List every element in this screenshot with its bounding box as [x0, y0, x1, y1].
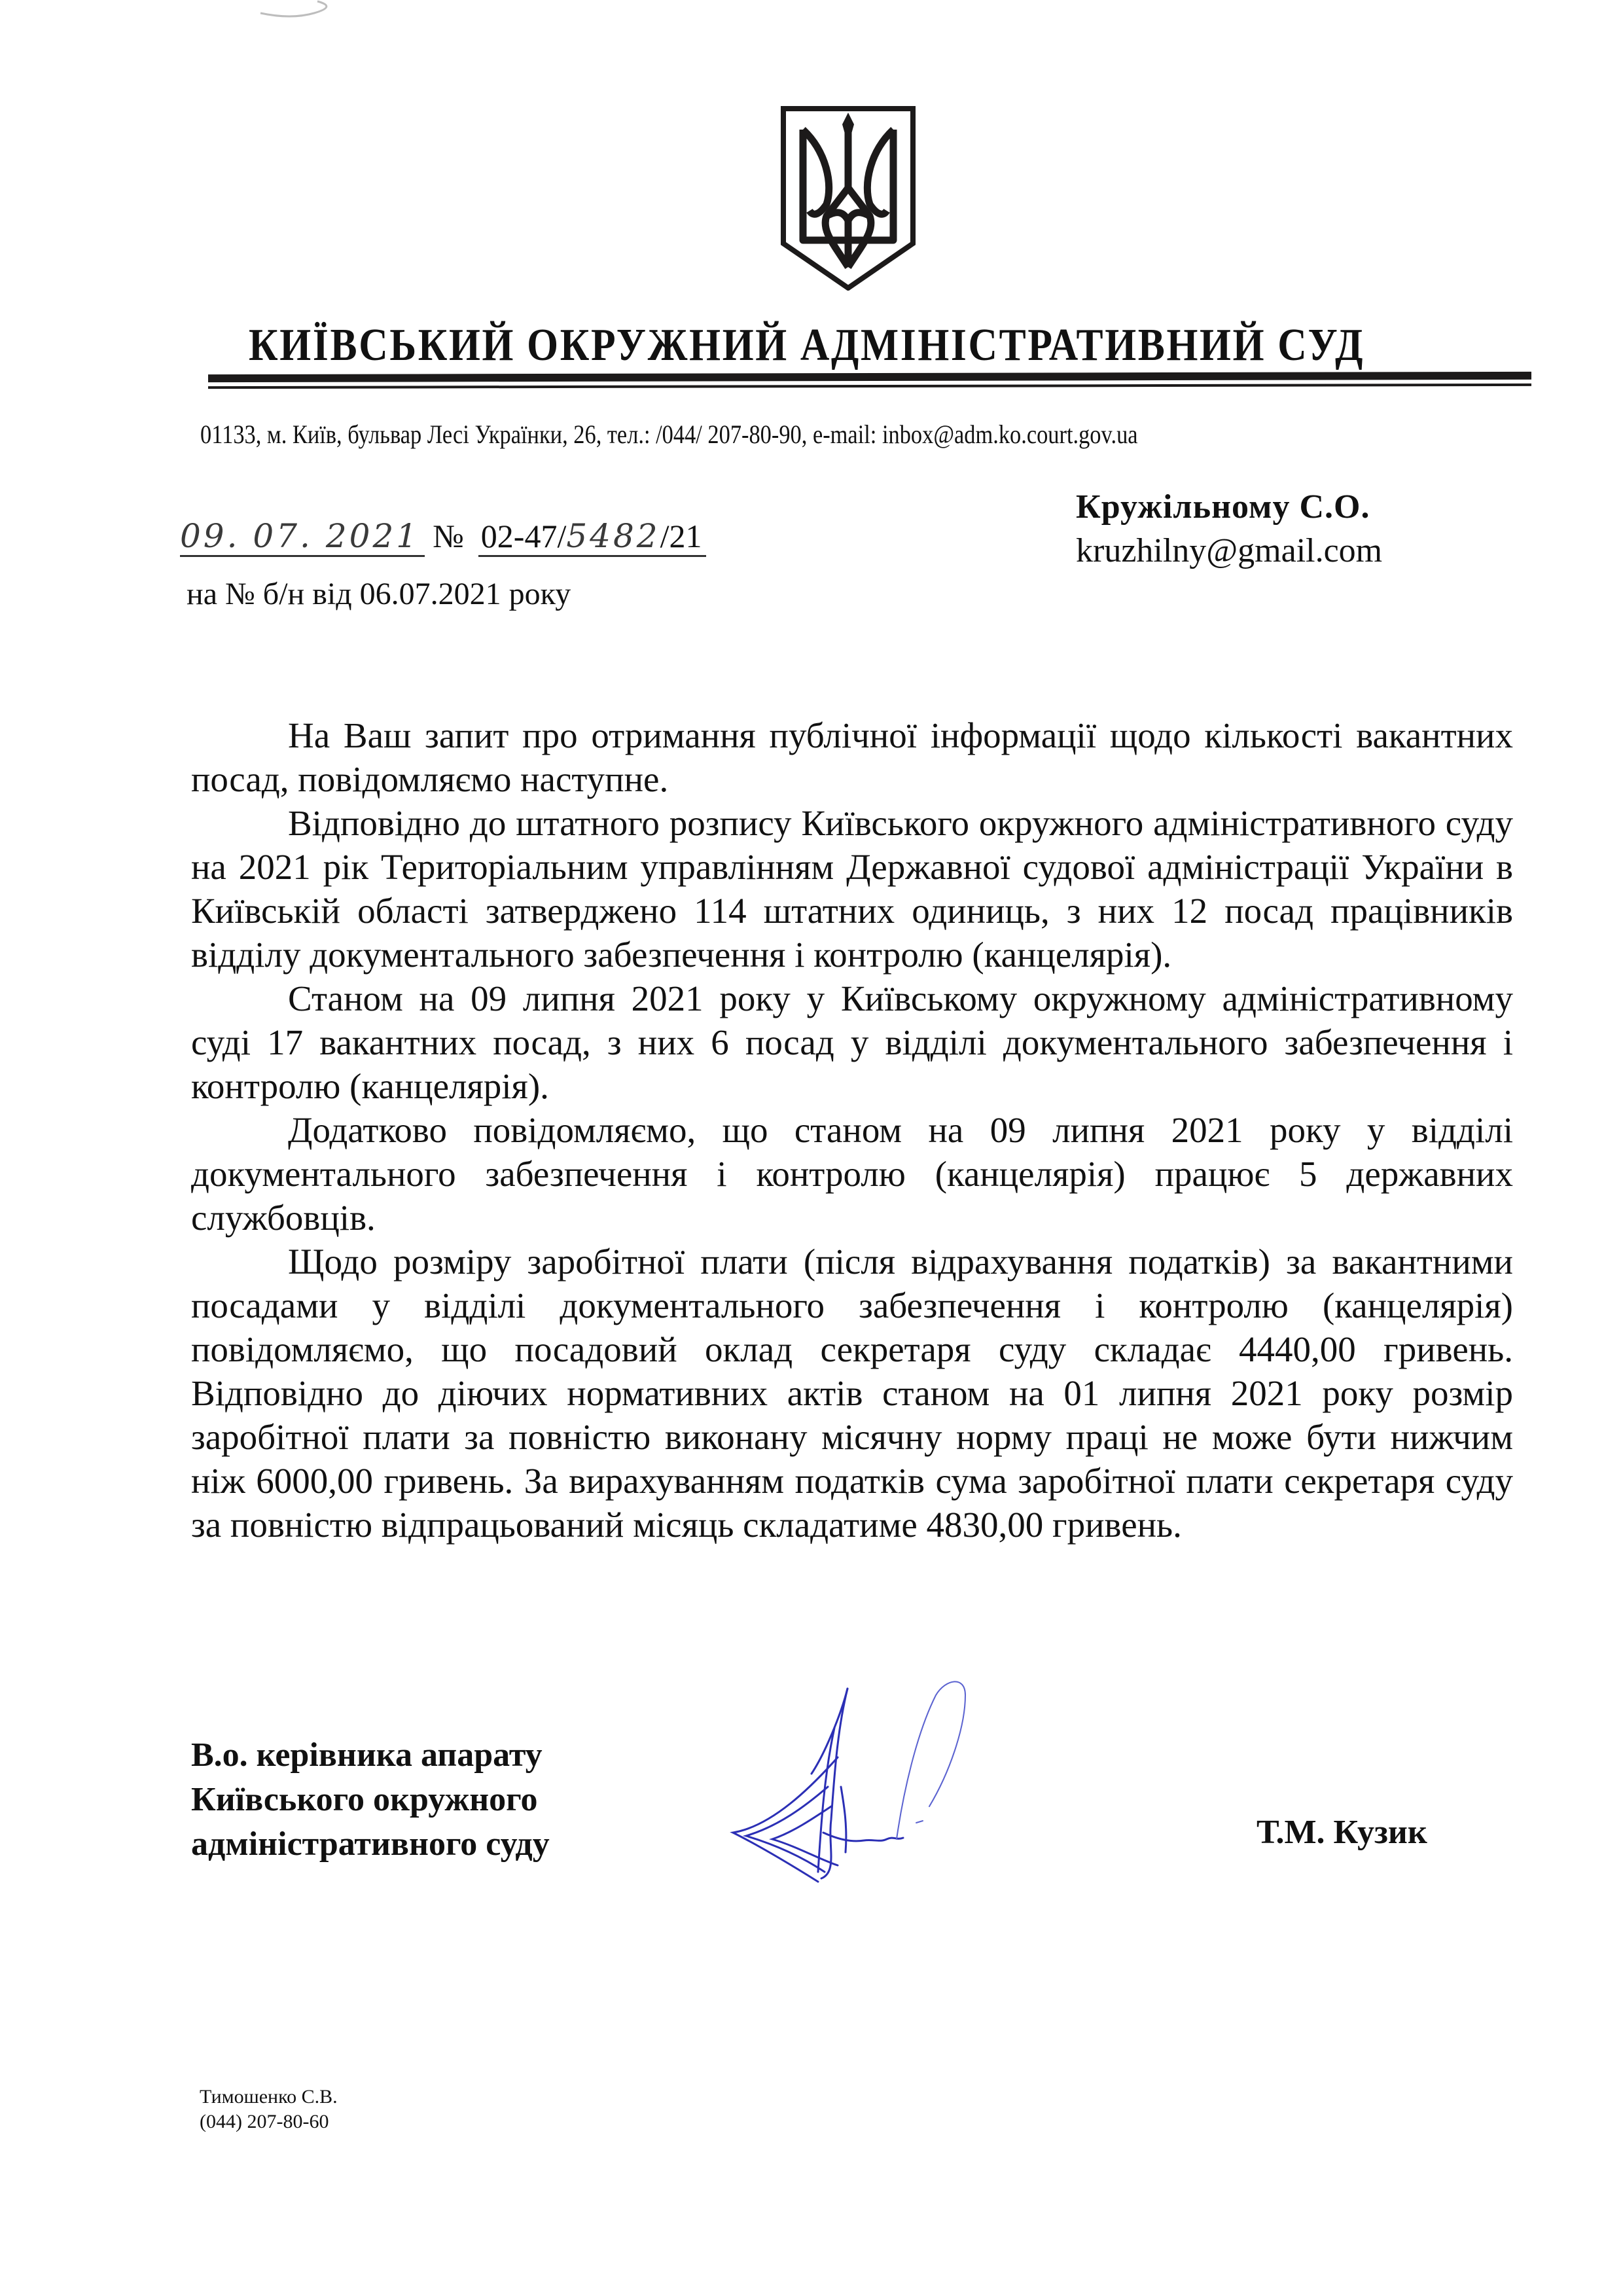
- outgoing-number-suffix: /21: [660, 518, 702, 554]
- court-name-heading: КИЇВСЬКИЙ ОКРУЖНИЙ АДМІНІСТРАТИВНИЙ СУД: [249, 319, 1308, 372]
- body-paragraph: Станом на 09 липня 2021 року у Київськом…: [191, 977, 1513, 1108]
- executor-phone: (044) 207-80-60: [200, 2109, 338, 2134]
- letterhead-divider-thick: [208, 372, 1531, 382]
- position-line: адміністративного суду: [191, 1822, 550, 1867]
- body-paragraph: Відповідно до штатного розпису Київськог…: [191, 801, 1513, 977]
- recipient-email: kruzhilny@gmail.com: [1076, 531, 1382, 570]
- trident-coat-of-arms-icon: [781, 106, 916, 291]
- scan-artifact-mark: [259, 0, 429, 20]
- number-sign: №: [433, 517, 464, 555]
- registration-line: 09. 07. 2021 № 02-47/5482/21: [180, 517, 706, 557]
- body-paragraph: Додатково повідомляємо, що станом на 09 …: [191, 1108, 1513, 1240]
- position-line: Київського окружного: [191, 1778, 550, 1822]
- recipient-name: Кружільному С.О.: [1076, 488, 1382, 526]
- handwritten-signature-icon: [707, 1676, 982, 1892]
- outgoing-number: 02-47/5482/21: [478, 517, 706, 557]
- outgoing-number-prefix: 02-47/: [481, 518, 567, 554]
- outgoing-date-handwritten: 09. 07. 2021: [180, 517, 425, 557]
- position-line: В.о. керівника апарату: [191, 1733, 550, 1778]
- outgoing-number-handwritten: 5482: [566, 517, 660, 555]
- court-address: 01133, м. Київ, бульвар Лесі Українки, 2…: [200, 419, 1138, 450]
- executor-name: Тимошенко С.В.: [200, 2085, 338, 2109]
- body-paragraph: Щодо розміру заробітної плати (після від…: [191, 1240, 1513, 1547]
- signer-name: Т.М. Кузик: [1257, 1813, 1427, 1852]
- reply-reference: на № б/н від 06.07.2021 року: [187, 576, 571, 612]
- executor-block: Тимошенко С.В. (044) 207-80-60: [200, 2085, 338, 2134]
- letterhead-divider-thin: [208, 384, 1531, 389]
- recipient-block: Кружільному С.О. kruzhilny@gmail.com: [1076, 488, 1382, 570]
- letter-body: На Ваш запит про отримання публічної інф…: [191, 713, 1513, 1547]
- body-paragraph: На Ваш запит про отримання публічної інф…: [191, 713, 1513, 801]
- signatory-position: В.о. керівника апарату Київського окружн…: [191, 1733, 550, 1867]
